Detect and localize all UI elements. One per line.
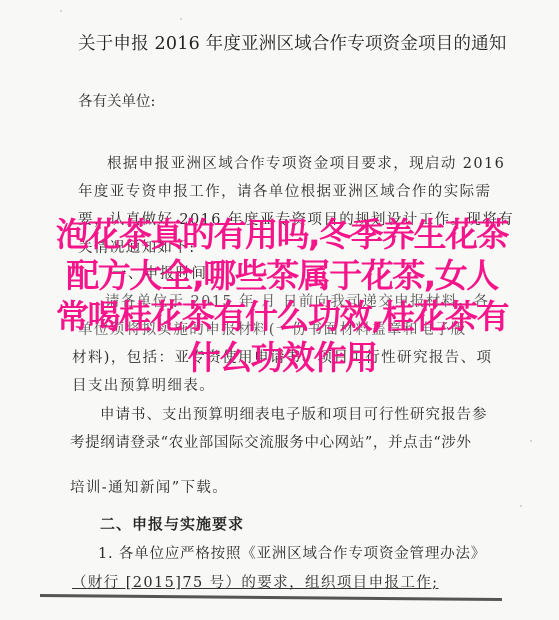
paragraph-line: 年度亚专资申报工作，请各单位根据亚洲区域合作的实际需	[78, 180, 491, 201]
document-title: 关于申报 2016 年度亚洲区域合作专项资金项目的通知	[78, 30, 507, 55]
paragraph-line: 1. 各单位应严格按照《亚洲区域合作专项资金管理办法》	[98, 542, 486, 563]
scan-speck	[60, 10, 62, 12]
paragraph-line: 考提纲请登录“农业部国际交流服务中心网站”，并点击“涉外	[70, 431, 472, 452]
paragraph-line: 申请书、支出预算明细表电子版和项目可行性研究报告参	[100, 403, 488, 424]
paragraph-line: 根据申报亚洲区域合作专项资金项目要求，现启动 2016	[107, 152, 505, 173]
paragraph-line: 培训-通知新闻”下载。	[70, 476, 228, 497]
scan-speck	[530, 440, 532, 442]
salutation: 各有关单位:	[78, 90, 155, 111]
horizontal-rule	[40, 594, 502, 601]
overlay-line: 配方大全,哪些茶属于花茶,女人	[8, 255, 556, 296]
paragraph-line: （财行 [2015]75 号）的要求，组织项目申报工作;	[72, 571, 438, 592]
section-heading-2: 二、申报与实施要求	[100, 513, 244, 534]
scan-speck	[520, 505, 522, 507]
headline-overlay: 泡花茶真的有用吗,冬季养生花茶 配方大全,哪些茶属于花茶,女人 常喝桂花茶有什么…	[8, 214, 556, 378]
scan-speck	[180, 18, 182, 20]
overlay-line: 什么功效作用	[8, 337, 556, 378]
overlay-line: 泡花茶真的有用吗,冬季养生花茶	[8, 214, 556, 255]
overlay-line: 常喝桂花茶有什么功效,桂花茶有	[8, 296, 556, 337]
